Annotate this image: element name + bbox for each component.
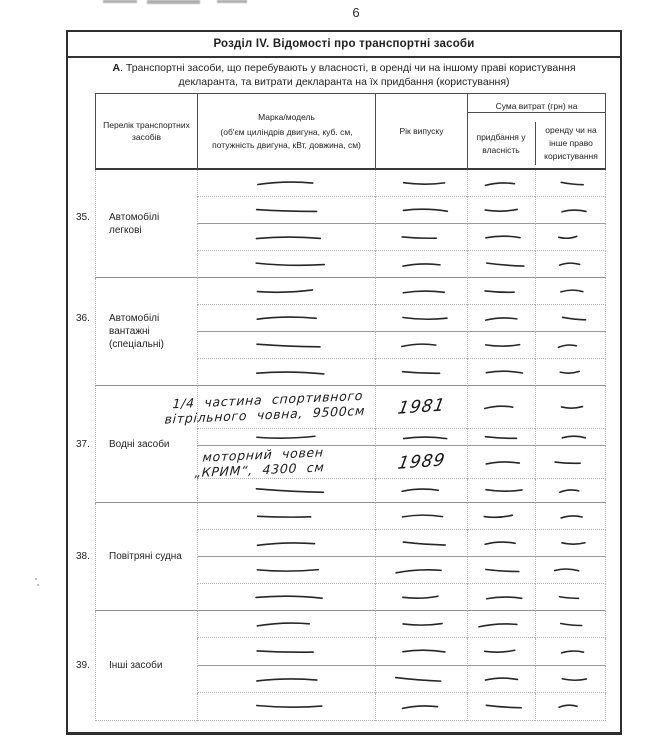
row-number: 39. [76,659,90,672]
row-label-cell: 39.Інші засоби [95,611,197,721]
cell-purchase [467,197,535,224]
handwritten-dash-mark [484,486,523,496]
cell-purchase [467,479,535,503]
cell-purchase [467,305,535,332]
cell-year [375,693,467,721]
cell-model [197,224,375,251]
cell-year [375,479,467,503]
cell-year [375,638,467,666]
handwritten-dash-mark [560,178,585,187]
page-number: 6 [0,5,656,20]
handwritten-dash-mark [477,619,518,629]
cell-purchase [467,666,535,693]
handwritten-dash-mark [255,701,323,711]
handwritten-dash-mark [484,313,518,322]
cell-rent [535,584,606,611]
header-model: Марка/модель (об'єм циліндрів двигуна, к… [197,93,375,170]
row-label: вантажні [109,325,193,338]
handwritten-dash-mark [560,432,586,442]
row-number: 37. [76,438,90,451]
handwritten-dash-mark [255,674,318,683]
cell-year [375,224,467,251]
handwritten-dash-mark [560,313,586,323]
handwritten-dash-mark [400,340,437,350]
cell-purchase [467,446,535,479]
row-label-cell: 35.Автомобілілегкові [95,170,197,278]
cell-model [197,503,375,530]
cell-model [197,611,375,638]
handwritten-dash-mark [401,511,444,520]
cell-year [375,278,467,305]
handwritten-dash-mark [401,486,440,496]
handwritten-dash-mark [402,205,449,215]
cell-rent [535,305,606,332]
cell-purchase [467,530,535,557]
handwritten-dash-mark [401,232,438,242]
handwritten-dash-mark [484,538,517,547]
handwritten-dash-mark [484,702,522,711]
cell-purchase [467,224,535,251]
handwritten-dash-mark [485,592,523,602]
cell-year [375,305,467,332]
handwritten-year: 1981 [396,395,447,419]
cell-year: 1989 [375,446,467,479]
section-a-note: А. Транспортні засоби, що перебувають у … [68,58,620,93]
row-label-cell: 36.Автомобілівантажні(спеціальні) [95,278,197,386]
header-costs-subheaders: придбання у власність оренду чи на інше … [467,122,606,164]
scanned-declaration-page: 6 Розділ IV. Відомості про транспортні з… [0,0,656,750]
row-number-gutter [68,278,95,386]
handwritten-dash-mark [402,178,446,188]
row-label: Повітряні судна [109,550,193,563]
cell-year [375,251,467,278]
header-gutter [68,93,95,170]
cell-rent [535,197,606,224]
handwritten-dash-mark [401,647,446,657]
cell-rent [535,693,606,721]
handwritten-dash-mark [394,674,442,685]
handwritten-dash-mark [485,259,525,269]
handwritten-dash-mark [559,511,583,520]
handwritten-dash-mark [483,286,515,296]
handwritten-dash-mark [483,511,514,521]
row-label: Інші засоби [109,659,193,672]
row-label: (спеціальні) [109,338,193,351]
cell-rent [535,611,606,638]
cell-year [375,429,467,446]
document-frame: Розділ IV. Відомості про транспортні зас… [66,30,622,735]
handwritten-dash-mark [485,367,524,377]
table-row-39: 39.Інші засоби [68,611,606,721]
row-label: Водні засоби [109,438,193,451]
cell-rent [535,666,606,693]
handwritten-dash-mark [255,565,319,574]
handwritten-dash-mark [483,178,515,188]
handwritten-dash-mark [401,259,441,268]
vehicles-table: Перелік транспортних засобів Марка/модел… [68,93,606,721]
cell-purchase [467,359,535,386]
handwritten-dash-mark [394,565,442,576]
cell-model [197,197,375,224]
handwritten-dash-mark [401,286,445,296]
cell-purchase [467,611,535,638]
header-year: Рік випуску [375,93,467,170]
handwritten-dash-mark [558,367,580,376]
handwritten-dash-mark [255,313,317,322]
handwritten-dash-mark [560,647,585,656]
section-a-letter: А [112,62,120,74]
handwritten-dash-mark [254,485,324,496]
cell-purchase [467,278,535,305]
handwritten-dash-mark [401,592,439,602]
cell-year [375,530,467,557]
cell-model [197,305,375,332]
table-row-35: 35.Автомобілілегкові [68,170,606,278]
cell-purchase [467,557,535,584]
cell-model: 1/4 частина спортивноговітрільного човна… [197,386,375,429]
handwritten-dash-mark [255,205,318,214]
cell-rent [535,557,606,584]
section-title: Розділ IV. Відомості про транспортні зас… [68,32,620,58]
handwritten-dash-mark [553,457,581,467]
row-number-gutter [68,170,95,278]
cell-rent [535,530,606,557]
cell-model [197,638,375,666]
row-number: 35. [76,211,90,224]
handwritten-dash-mark [255,432,316,442]
cell-model [197,251,375,278]
cell-year [375,170,467,197]
cell-model [197,332,375,359]
cell-rent [535,386,606,429]
handwritten-dash-mark [401,367,441,376]
cell-model [197,479,375,503]
cell-model [197,359,375,386]
handwritten-dash-mark [255,232,322,242]
handwritten-dash-mark [255,538,315,548]
cell-rent [535,429,606,446]
handwritten-entry: моторний човен„КРИМ“, 4300 см [201,444,326,479]
handwritten-dash-mark [559,286,584,295]
cell-rent [535,251,606,278]
cell-purchase [467,503,535,530]
handwritten-dash-mark [561,674,588,684]
header-model-title: Марка/модель [258,111,315,123]
handwritten-dash-mark [559,619,583,628]
scan-artifact [217,0,247,3]
cell-purchase [467,693,535,721]
handwritten-dash-mark [402,538,447,548]
cell-purchase [467,170,535,197]
handwritten-dash-mark [484,205,519,214]
handwritten-dash-mark [484,232,521,241]
handwritten-dash-mark [557,232,578,242]
handwritten-dash-mark [560,205,587,215]
handwritten-dash-mark [483,402,514,412]
section-a-text: . Транспортні засоби, що перебувають у в… [120,62,575,88]
cell-year [375,557,467,584]
handwritten-dash-mark [553,565,580,575]
cell-rent [535,332,606,359]
handwritten-entry: 1/4 частина спортивноговітрільного човна… [171,388,366,427]
cell-year [375,503,467,530]
cell-purchase [467,429,535,446]
cell-year [375,584,467,611]
cell-rent [535,170,606,197]
cell-rent [535,503,606,530]
cell-year [375,611,467,638]
handwritten-dash-mark [558,486,580,495]
cell-purchase [467,584,535,611]
cell-purchase [467,332,535,359]
handwritten-dash-mark [559,402,583,411]
cell-year: 1981 [375,386,467,429]
scan-artifact [37,584,39,586]
row-number: 36. [76,312,90,325]
table-header: Перелік транспортних засобів Марка/модел… [68,93,606,170]
handwritten-dash-mark [255,259,326,270]
row-label: Автомобілі [109,312,193,325]
table-row-36: 36.Автомобілівантажні(спеціальні) [68,278,606,386]
handwritten-dash-mark [557,592,579,601]
handwritten-year: 1989 [396,450,447,474]
header-costs-own: придбання у власність [467,122,535,164]
cell-model [197,530,375,557]
handwritten-dash-mark [484,565,520,574]
cell-model [197,170,375,197]
handwritten-dash-mark [401,619,443,628]
cell-year [375,332,467,359]
scan-artifact [35,578,37,580]
handwritten-dash-mark [401,313,448,323]
cell-rent [535,278,606,305]
cell-model [197,429,375,446]
cell-model [197,666,375,693]
cell-purchase [467,638,535,666]
cell-model [197,557,375,584]
handwritten-dash-mark [484,340,521,349]
handwritten-dash-mark [483,647,516,657]
handwritten-dash-mark [255,340,321,350]
cell-rent [535,446,606,479]
header-costs-group: Сума витрат (грн) на придбання у власніс… [467,93,606,170]
row-label-cell: 38.Повітряні судна [95,503,197,611]
table-row-37: 37.Водні засоби1/4 частина спортивногові… [68,386,606,503]
cell-model: моторний човен„КРИМ“, 4300 см [197,446,375,479]
handwritten-dash-mark [402,432,448,442]
header-vehicle-list: Перелік транспортних засобів [95,93,197,170]
cell-rent [535,479,606,503]
handwritten-dash-mark [255,286,313,296]
row-label: легкові [109,224,193,237]
cell-model [197,693,375,721]
handwritten-dash-mark [483,432,517,441]
handwritten-dash-mark [256,511,312,522]
cell-year [375,666,467,693]
cell-purchase [467,251,535,278]
handwritten-dash-mark [557,702,578,711]
row-label: Автомобілі [109,211,193,224]
handwritten-dash-mark [484,457,520,466]
header-model-subtitle: (об'єм циліндрів двигуна, куб. см, потуж… [200,126,373,151]
cell-rent [535,638,606,666]
handwritten-dash-mark [255,367,325,378]
cell-model [197,278,375,305]
cell-model [197,584,375,611]
handwritten-dash-mark [256,178,314,188]
handwritten-dash-mark [400,702,438,712]
cell-year [375,197,467,224]
handwritten-dash-mark [256,619,311,630]
scan-artifact [103,0,137,3]
cell-rent [535,224,606,251]
cell-purchase [467,386,535,429]
header-costs-title: Сума витрат (грн) на [467,100,606,113]
handwritten-dash-mark [557,340,578,350]
cell-year [375,359,467,386]
handwritten-dash-mark [255,592,324,602]
header-costs-rent: оренду чи на інше право користування [535,122,606,164]
table-row-38: 38.Повітряні судна [68,503,606,611]
row-number: 38. [76,550,90,563]
handwritten-dash-mark [560,538,586,547]
handwritten-dash-mark [484,674,519,683]
cell-rent [535,359,606,386]
table-body: 35.Автомобілілегкові36.Автомобілівантажн… [68,170,606,721]
handwritten-dash-mark [256,647,315,657]
handwritten-dash-mark [558,259,581,268]
scan-artifact [147,0,200,4]
